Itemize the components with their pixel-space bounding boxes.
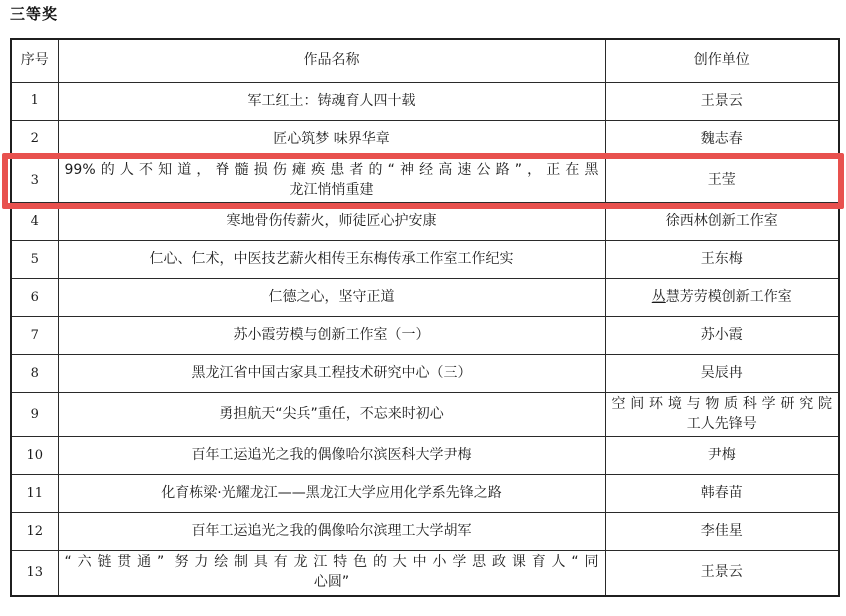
work-title-cell: 勇担航天“尖兵”重任，不忘来时初心 (58, 393, 605, 437)
work-title-cell: 99%的人不知道，脊髓损伤瘫痪患者的“神经高速公路”，正在黑龙江悄悄重建 (58, 159, 605, 203)
row-serial-number: 4 (11, 203, 58, 241)
work-title-cell: 匠心筑梦 味界华章 (58, 121, 605, 159)
page: 三等奖 序号 作品名称 创作单位 1军工红土：铸魂育人四十载王景云2匠心筑梦 味… (0, 0, 846, 616)
row-serial-number: 12 (11, 513, 58, 551)
table-row: 6仁德之心，坚守正道丛慧芳劳模创新工作室 (11, 279, 839, 317)
table-row: 13“六链贯通” 努力绘制具有龙江特色的大中小学思政课育人“同心圆”王景云 (11, 551, 839, 596)
row-serial-number: 2 (11, 121, 58, 159)
work-title-cell: 百年工运追光之我的偶像哈尔滨理工大学胡军 (58, 513, 605, 551)
header-serial-number: 序号 (11, 39, 58, 83)
table-row: 9勇担航天“尖兵”重任，不忘来时初心空间环境与物质科学研究院工人先锋号 (11, 393, 839, 437)
work-title-cell: 化育栋梁·光耀龙江——黑龙江大学应用化学系先锋之路 (58, 475, 605, 513)
table-body: 1军工红土：铸魂育人四十载王景云2匠心筑梦 味界华章魏志春399%的人不知道，脊… (11, 83, 839, 596)
row-serial-number: 6 (11, 279, 58, 317)
creator-unit-cell: 王景云 (605, 551, 839, 596)
table-row: 5仁心、仁术，中医技艺薪火相传王东梅传承工作室工作纪实王东梅 (11, 241, 839, 279)
work-title-cell: 军工红土：铸魂育人四十载 (58, 83, 605, 121)
creator-unit-cell: 徐西林创新工作室 (605, 203, 839, 241)
table-header-row: 序号 作品名称 创作单位 (11, 39, 839, 83)
creator-unit-cell: 魏志春 (605, 121, 839, 159)
row-serial-number: 11 (11, 475, 58, 513)
creator-unit-cell: 丛慧芳劳模创新工作室 (605, 279, 839, 317)
underlined-text: 丛 (652, 289, 666, 305)
row-serial-number: 3 (11, 159, 58, 203)
work-title-cell: 寒地骨伤传薪火，师徒匠心护安康 (58, 203, 605, 241)
table-row: 7苏小霞劳模与创新工作室（一）苏小霞 (11, 317, 839, 355)
row-serial-number: 8 (11, 355, 58, 393)
header-work-title: 作品名称 (58, 39, 605, 83)
table-row: 4寒地骨伤传薪火，师徒匠心护安康徐西林创新工作室 (11, 203, 839, 241)
work-title-cell: 苏小霞劳模与创新工作室（一） (58, 317, 605, 355)
creator-unit-cell: 苏小霞 (605, 317, 839, 355)
work-title-cell: 仁德之心，坚守正道 (58, 279, 605, 317)
table-row: 1军工红土：铸魂育人四十载王景云 (11, 83, 839, 121)
row-serial-number: 7 (11, 317, 58, 355)
table-row: 8黑龙江省中国古家具工程技术研究中心（三）吴辰冉 (11, 355, 839, 393)
creator-unit-cell: 吴辰冉 (605, 355, 839, 393)
creator-unit-cell: 李佳星 (605, 513, 839, 551)
table-row: 399%的人不知道，脊髓损伤瘫痪患者的“神经高速公路”，正在黑龙江悄悄重建王莹 (11, 159, 839, 203)
row-serial-number: 13 (11, 551, 58, 596)
creator-unit-cell: 尹梅 (605, 437, 839, 475)
award-title: 三等奖 (10, 3, 58, 24)
creator-unit-cell: 王景云 (605, 83, 839, 121)
creator-unit-cell: 王东梅 (605, 241, 839, 279)
creator-unit-cell: 韩春苗 (605, 475, 839, 513)
table-row: 12百年工运追光之我的偶像哈尔滨理工大学胡军李佳星 (11, 513, 839, 551)
row-serial-number: 1 (11, 83, 58, 121)
header-creator-unit: 创作单位 (605, 39, 839, 83)
creator-unit-cell: 王莹 (605, 159, 839, 203)
work-title-cell: 仁心、仁术，中医技艺薪火相传王东梅传承工作室工作纪实 (58, 241, 605, 279)
creator-unit-cell: 空间环境与物质科学研究院工人先锋号 (605, 393, 839, 437)
work-title-cell: “六链贯通” 努力绘制具有龙江特色的大中小学思政课育人“同心圆” (58, 551, 605, 596)
table-row: 11化育栋梁·光耀龙江——黑龙江大学应用化学系先锋之路韩春苗 (11, 475, 839, 513)
work-title-cell: 黑龙江省中国古家具工程技术研究中心（三） (58, 355, 605, 393)
row-serial-number: 5 (11, 241, 58, 279)
row-serial-number: 9 (11, 393, 58, 437)
row-serial-number: 10 (11, 437, 58, 475)
table-row: 10百年工运追光之我的偶像哈尔滨医科大学尹梅尹梅 (11, 437, 839, 475)
award-table: 序号 作品名称 创作单位 1军工红土：铸魂育人四十载王景云2匠心筑梦 味界华章魏… (10, 38, 840, 597)
work-title-cell: 百年工运追光之我的偶像哈尔滨医科大学尹梅 (58, 437, 605, 475)
table-row: 2匠心筑梦 味界华章魏志春 (11, 121, 839, 159)
